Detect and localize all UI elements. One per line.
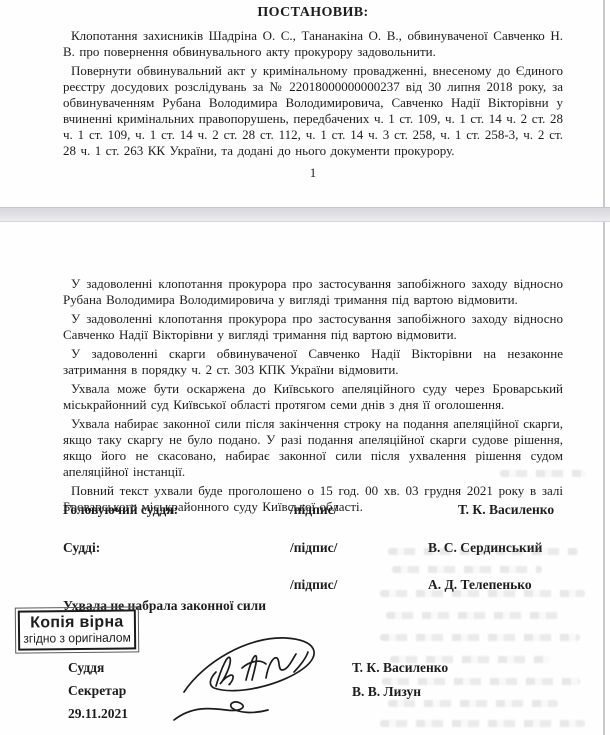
page-number: 1 bbox=[63, 165, 563, 181]
paragraph-legal-force: Ухвала набирає законної сили після закін… bbox=[63, 416, 563, 480]
paragraph-ruban-detention-denied: У задоволенні клопотання прокурора про з… bbox=[63, 276, 563, 308]
document-page-1: ПОСТАНОВИВ: Клопотання захисників Шадрін… bbox=[0, 0, 610, 207]
paragraph-complaint-denied: У задоволенні скарги обвинуваченої Савче… bbox=[63, 346, 563, 378]
signature-placeholder: /підпис/ bbox=[290, 540, 337, 556]
document-viewer: ПОСТАНОВИВ: Клопотання захисників Шадрін… bbox=[0, 0, 610, 735]
bleed-through-artifact bbox=[390, 656, 550, 663]
bleed-through-artifact bbox=[500, 470, 586, 477]
presiding-judge-label: Головуючий суддя: bbox=[63, 502, 178, 518]
paragraph-appeal-procedure: Ухвала може бути оскаржена до Київського… bbox=[63, 381, 563, 413]
resolution-title: ПОСТАНОВИВ: bbox=[63, 0, 563, 21]
signature-row-presiding-judge: Головуючий суддя: /підпис/ Т. К. Василен… bbox=[63, 502, 563, 520]
judges-label: Судді: bbox=[63, 540, 100, 556]
document-page-2: У задоволенні клопотання прокурора про з… bbox=[0, 222, 610, 735]
cert-date: 29.11.2021 bbox=[68, 706, 128, 722]
bleed-through-artifact bbox=[388, 700, 558, 707]
page-1-body: ПОСТАНОВИВ: Клопотання захисників Шадрін… bbox=[0, 0, 610, 181]
bleed-through-artifact bbox=[388, 548, 578, 555]
bleed-through-artifact bbox=[382, 678, 580, 685]
certified-copy-stamp: Копія вірна згідно з оригіналом bbox=[18, 609, 136, 650]
paragraph-return-indictment: Повернути обвинувальний акт у кримінальн… bbox=[63, 63, 563, 159]
paragraph-motion-granted: Клопотання захисників Шадріна О. С., Тан… bbox=[63, 28, 563, 60]
bleed-through-artifact bbox=[380, 590, 585, 597]
page-right-edge bbox=[603, 222, 605, 735]
signature-placeholder: /підпис/ bbox=[290, 502, 337, 518]
cert-name-lyzun: В. В. Лизун bbox=[352, 684, 421, 700]
bleed-through-artifact bbox=[380, 720, 585, 727]
cert-role-secretary: Секретар bbox=[68, 683, 126, 699]
stamp-line-2: згідно з оригіналом bbox=[23, 631, 131, 646]
bleed-through-artifact bbox=[380, 634, 580, 641]
signature-placeholder: /підпис/ bbox=[290, 577, 337, 593]
cert-role-judge: Суддя bbox=[68, 660, 104, 676]
page-right-edge bbox=[603, 0, 605, 207]
paragraph-savchenko-detention-denied: У задоволенні клопотання прокурора про з… bbox=[63, 311, 563, 343]
page-separator bbox=[0, 207, 610, 222]
handwritten-signature bbox=[170, 628, 340, 735]
bleed-through-artifact bbox=[392, 566, 542, 573]
judge-name: Т. К. Василенко bbox=[458, 502, 554, 518]
bleed-through-artifact bbox=[386, 612, 561, 619]
